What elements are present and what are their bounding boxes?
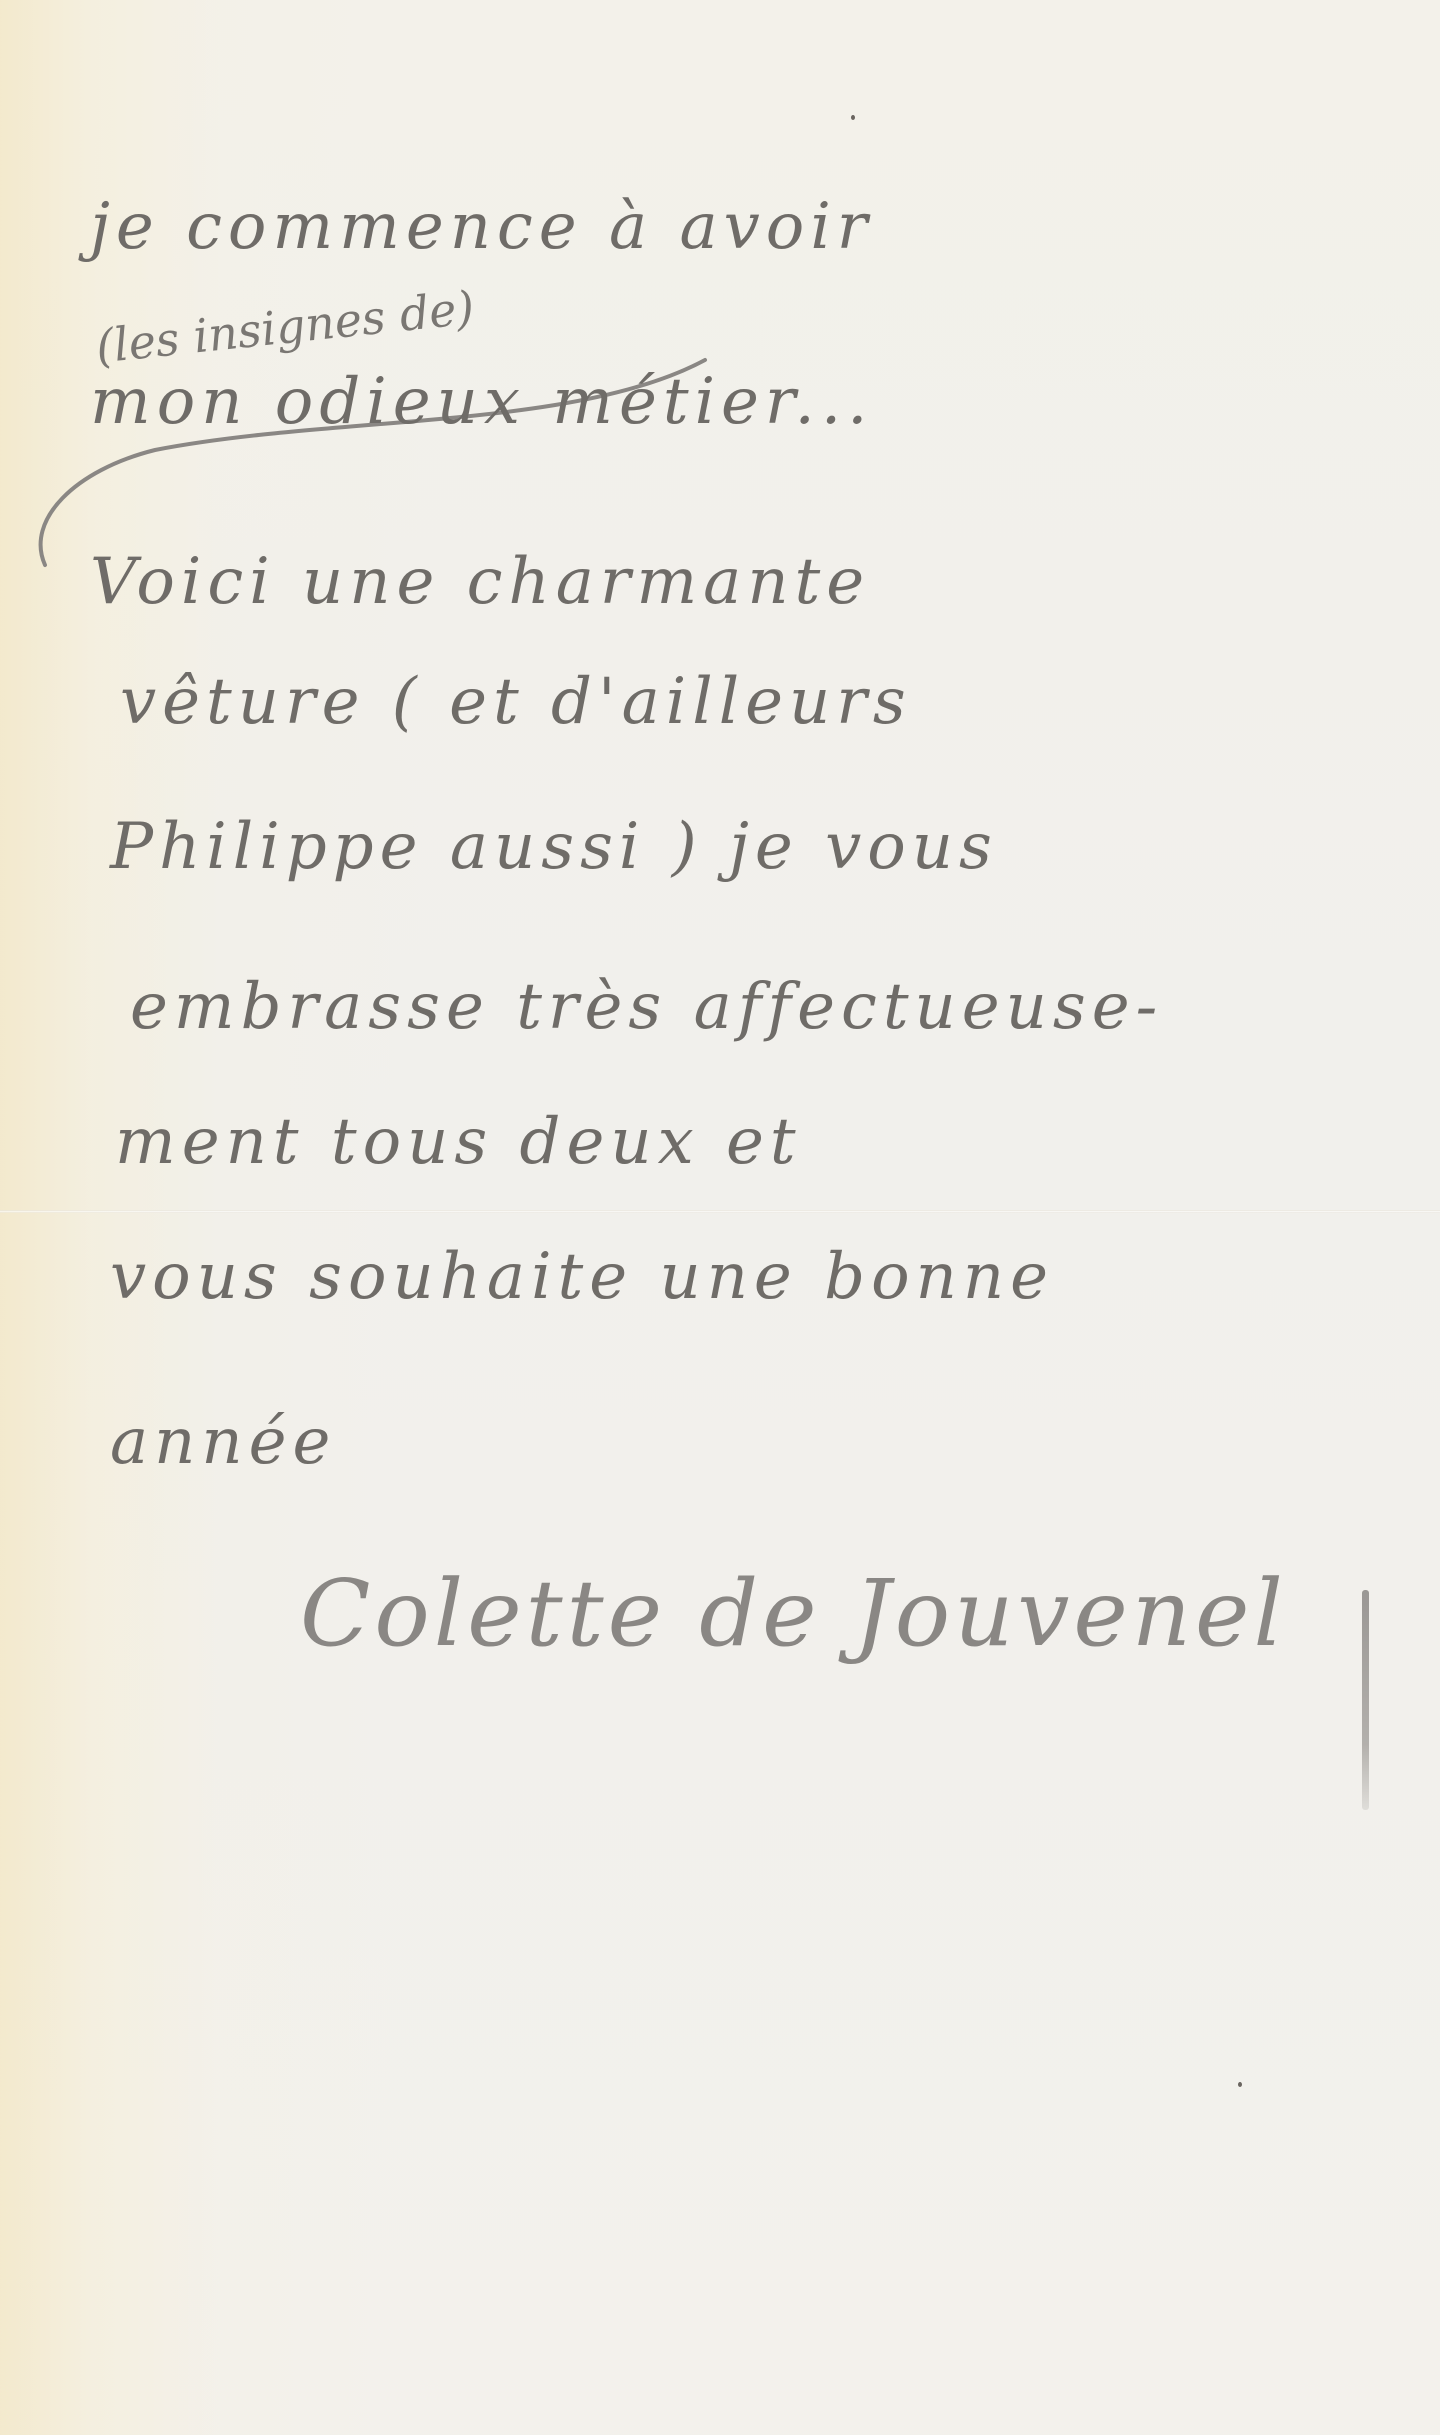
paper-fold-line [0, 1210, 1440, 1213]
letter-line-6: embrasse très affectueuse- [130, 970, 1163, 1044]
letter-line-2: mon odieux métier... [90, 365, 874, 439]
letter-line-7: ment tous deux et [115, 1105, 802, 1179]
ink-speck [851, 115, 855, 120]
ink-speck [1238, 2082, 1242, 2087]
letter-line-3: Voici une charmante [90, 545, 870, 619]
letter-line-5: Philippe aussi ) je vous [110, 810, 998, 884]
signature: Colette de Jouvenel [300, 1560, 1287, 1667]
letter-line-4: vêture ( et d'ailleurs [120, 665, 912, 739]
signature-flourish [1362, 1590, 1369, 1810]
letter-line-9: année [110, 1405, 336, 1479]
insertion-bracket-stroke [15, 320, 735, 580]
letter-line-1: je commence à avoir [90, 190, 873, 264]
letter-line-8: vous souhaite une bonne [110, 1240, 1054, 1314]
letter-page: je commence à avoir (les insignes de) mo… [0, 0, 1440, 2435]
